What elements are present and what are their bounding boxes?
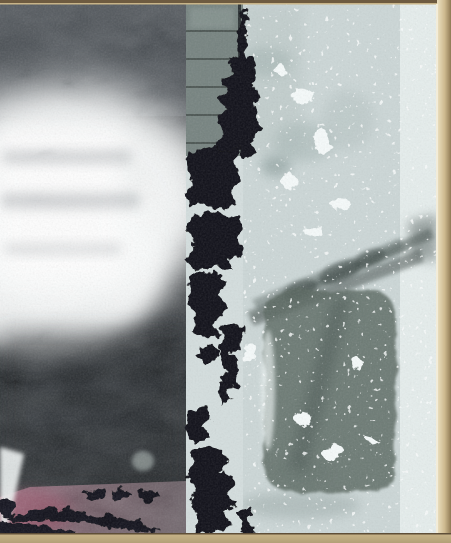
artwork-photo bbox=[0, 0, 451, 543]
frame-right-lip bbox=[436, 4, 438, 533]
frame-right bbox=[437, 0, 451, 543]
grain-texture-overlay bbox=[0, 4, 437, 533]
frame-top-highlight bbox=[0, 3, 451, 5]
frame-bottom-line bbox=[0, 533, 451, 535]
painting-surface bbox=[0, 4, 437, 537]
abstract-painting bbox=[0, 0, 451, 543]
